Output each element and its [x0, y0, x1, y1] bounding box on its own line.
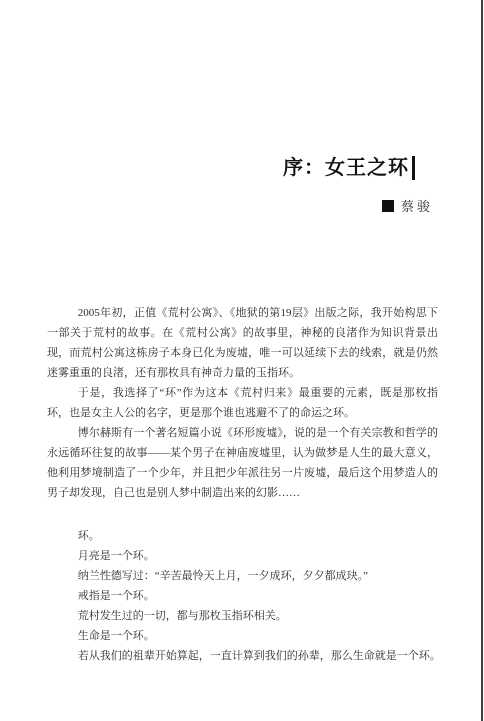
ring-line: 生命是一个环。 [47, 626, 438, 646]
ring-lines-section: 环。月亮是一个环。纳兰性德写过：“辛苦最怜天上月，一夕成环，夕夕都成玦。”戒指是… [47, 526, 438, 666]
paragraph-section: 2005年初，正值《荒村公寓》、《地狱的第19层》出版之际，我开始构思下一部关于… [47, 303, 438, 503]
ring-line: 若从我们的祖辈开始算起，一直计算到我们的孙辈，那么生命就是一个环。 [47, 646, 438, 666]
ring-line: 月亮是一个环。 [47, 546, 438, 566]
body-paragraph: 于是，我选择了“环”作为这本《荒村归来》最重要的元素，既是那枚指环，也是女主人公… [47, 383, 438, 423]
ring-line: 荒村发生过的一切，都与那枚玉指环相关。 [47, 606, 438, 626]
page-right-edge-line [481, 0, 483, 721]
title-end-bar [412, 156, 415, 180]
author-row: 蔡骏 [382, 196, 433, 215]
preface-title: 序：女王之环 [283, 155, 409, 181]
scanned-book-page: 序：女王之环 蔡骏 2005年初，正值《荒村公寓》、《地狱的第19层》出版之际，… [0, 0, 484, 721]
preface-title-row: 序：女王之环 [283, 155, 415, 181]
ring-line: 环。 [47, 526, 438, 546]
ring-line: 戒指是一个环。 [47, 586, 438, 606]
body-paragraph: 2005年初，正值《荒村公寓》、《地狱的第19层》出版之际，我开始构思下一部关于… [47, 303, 438, 383]
preface-body: 2005年初，正值《荒村公寓》、《地狱的第19层》出版之际，我开始构思下一部关于… [47, 303, 438, 666]
author-bullet-square-icon [382, 200, 394, 212]
author-name: 蔡骏 [401, 196, 433, 215]
body-paragraph: 博尔赫斯有一个著名短篇小说《环形废墟》，说的是一个有关宗教和哲学的永远循环往复的… [47, 423, 438, 503]
ring-line: 纳兰性德写过：“辛苦最怜天上月，一夕成环，夕夕都成玦。” [47, 566, 438, 586]
